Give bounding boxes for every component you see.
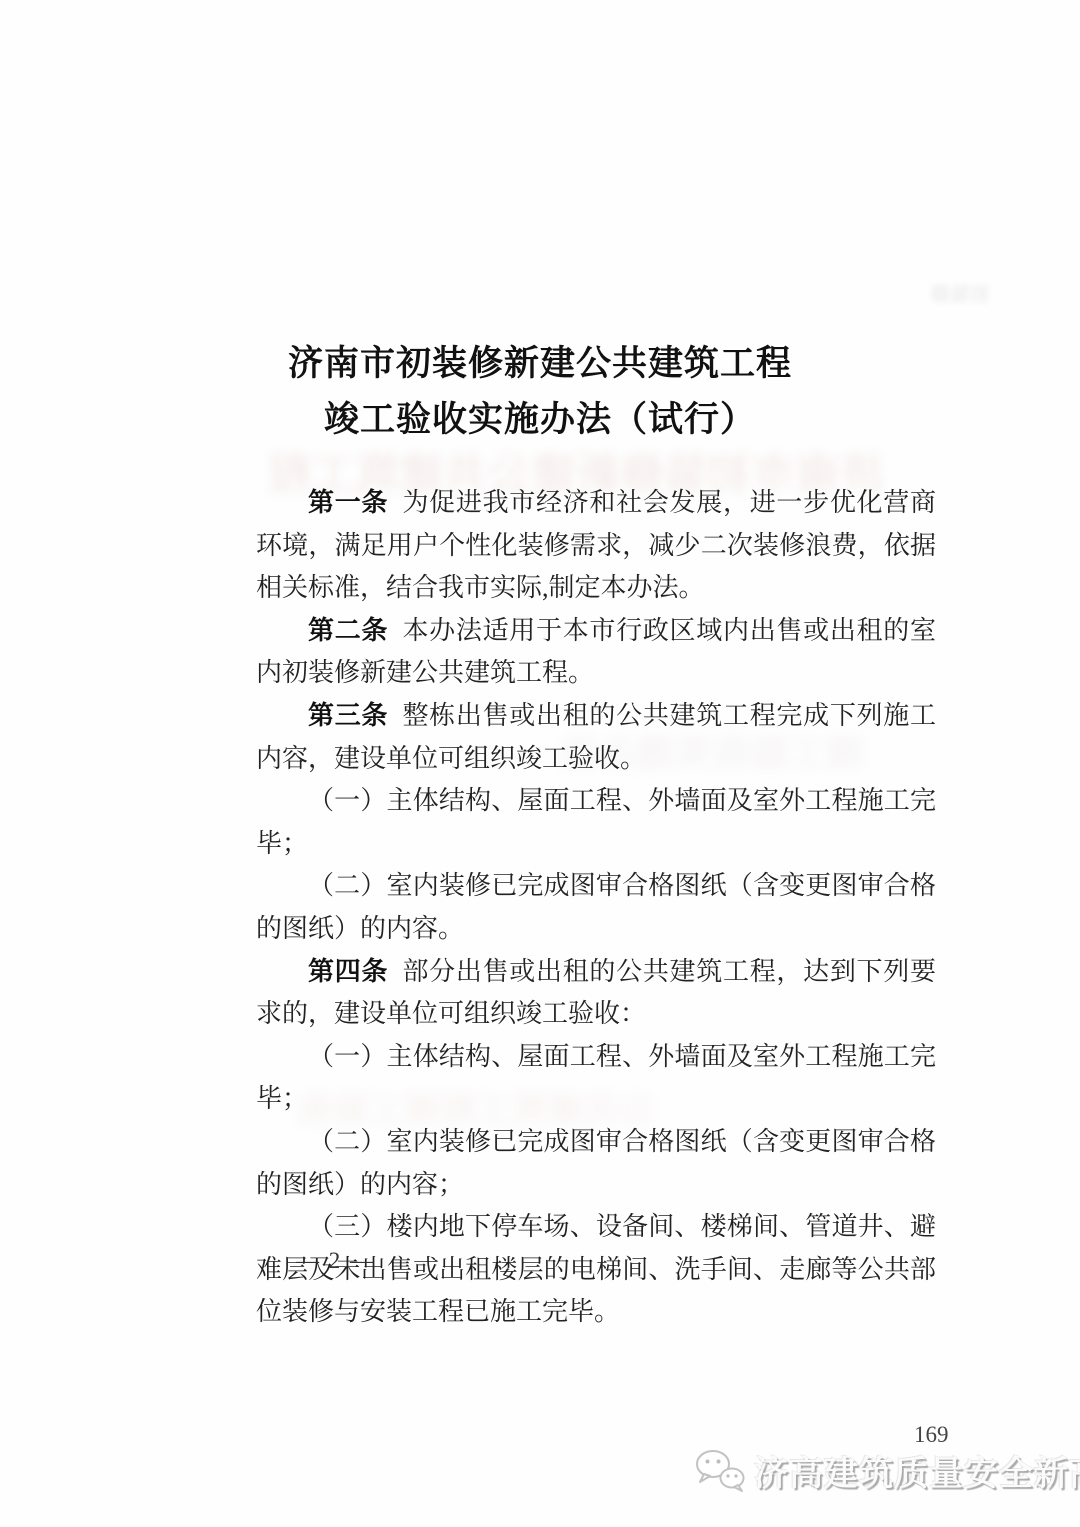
paragraph-article-4: 第四条部分出售或出租的公共建筑工程，达到下列要求的，建设单位可组织竣工验收： — [256, 951, 936, 1036]
watermark-footer: 济高建筑质量安全新高地 — [694, 1446, 1080, 1495]
article-text: （一）主体结构、屋面工程、外墙面及室外工程施工完毕； — [256, 786, 936, 858]
document-title: 济南市初装修新建公共建筑工程 竣工验收实施办法（试行） — [200, 336, 880, 448]
paragraph-article-3: 第三条整栋出售或出租的公共建筑工程完成下列施工内容，建设单位可组织竣工验收。 — [256, 695, 936, 780]
article-text: （二）室内装修已完成图审合格图纸（含变更图审合格的图纸）的内容； — [256, 1127, 936, 1199]
article-label: 第一条 — [308, 488, 388, 517]
scan-page-number: 169 — [914, 1422, 949, 1448]
article-text: （二）室内装修已完成图审合格图纸（含变更图审合格的图纸）的内容。 — [256, 871, 936, 943]
paragraph-item: （一）主体结构、屋面工程、外墙面及室外工程施工完毕； — [256, 780, 936, 865]
article-label: 第三条 — [308, 701, 388, 730]
bleed-through-artifact: 初装修 — [930, 278, 990, 307]
document-title-line2: 竣工验收实施办法（试行） — [200, 392, 880, 448]
article-label: 第二条 — [308, 616, 388, 645]
article-text: （一）主体结构、屋面工程、外墙面及室外工程施工完毕； — [256, 1042, 936, 1114]
document-page-number: — 2 — — [296, 1248, 375, 1274]
paragraph-article-1: 第一条为促进我市经济和社会发展，进一步优化营商环境，满足用户个性化装修需求，减少… — [256, 482, 936, 610]
document-body: 第一条为促进我市经济和社会发展，进一步优化营商环境，满足用户个性化装修需求，减少… — [256, 482, 936, 1334]
watermark-brand-text: 济高建筑质量安全新高地 — [754, 1446, 1080, 1495]
document-title-line1: 济南市初装修新建公共建筑工程 — [200, 336, 880, 392]
paragraph-item: （一）主体结构、屋面工程、外墙面及室外工程施工完毕； — [256, 1036, 936, 1121]
scanned-document-page: 初装修 济南市初装修新建公共建筑工程 竣工验收实施办法 公共建筑工程竣工验收 济… — [0, 0, 1080, 1527]
wechat-icon — [694, 1447, 746, 1495]
paragraph-article-2: 第二条本办法适用于本市行政区域内出售或出租的室内初装修新建公共建筑工程。 — [256, 610, 936, 695]
paragraph-item: （二）室内装修已完成图审合格图纸（含变更图审合格的图纸）的内容； — [256, 1121, 936, 1206]
article-label: 第四条 — [308, 957, 388, 986]
paragraph-item: （二）室内装修已完成图审合格图纸（含变更图审合格的图纸）的内容。 — [256, 865, 936, 950]
